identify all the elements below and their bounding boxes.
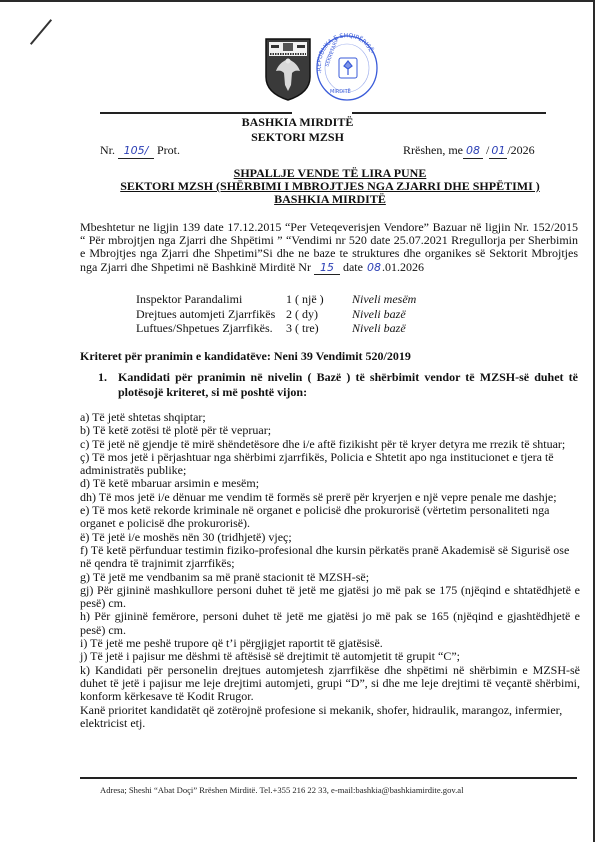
date-month-field: 01	[489, 143, 507, 159]
decision-number-field: 15	[314, 261, 340, 275]
criteria-heading: Kriteret për pranimin e kandidatëve: Nen…	[80, 349, 411, 364]
svg-text:MIRDITË: MIRDITË	[330, 88, 351, 95]
decision-number: 15	[320, 261, 334, 274]
requirement-item: f) Të ketë përfunduar testimin fiziko-pr…	[80, 544, 580, 571]
requirement-item: h) Për gjininë femërore, personi duhet t…	[80, 610, 580, 637]
requirement-item: ç) Të mos jetë i përjashtuar nga shërbim…	[80, 451, 580, 478]
position-count: 1 ( një )	[286, 292, 352, 307]
official-stamp-icon: -REPUBLIKA E SHQIPËRISË- SEKRETARIA MIRD…	[314, 33, 380, 103]
protocol-number-field: 105/	[118, 143, 154, 159]
requirement-item: gj) Për gjininë mashkullore personi duhe…	[80, 584, 580, 611]
header-rule-left	[100, 112, 292, 114]
requirement-item: k) Kandidati për personelin drejtues aut…	[80, 664, 580, 704]
municipality-emblem-icon	[264, 37, 312, 101]
positions-list: Inspektor Parandalimi1 ( një )Niveli mes…	[136, 292, 416, 336]
date-month: 01	[491, 144, 505, 157]
position-row: Inspektor Parandalimi1 ( një )Niveli mes…	[136, 292, 416, 307]
position-title: Drejtues automjeti Zjarrfikës	[136, 307, 286, 322]
requirement-item: a) Të jetë shtetas shqiptar;	[80, 411, 580, 424]
date-day: 08	[466, 144, 480, 157]
svg-text:SEKRETARIA: SEKRETARIA	[324, 36, 340, 67]
protocol-prefix: Nr.	[100, 143, 115, 157]
position-level: Niveli bazë	[352, 307, 406, 322]
place-date-line: Rrëshen, me08 /01/2026	[403, 143, 535, 159]
position-row: Luftues/Shpetues Zjarrfikës.3 ( tre)Nive…	[136, 321, 416, 336]
footer-address: Adresa; Sheshi “Abat Doçi” Rrëshen Mirdi…	[100, 785, 463, 795]
footer-rule	[80, 777, 577, 779]
decision-date-label: date	[343, 260, 363, 274]
position-level: Niveli bazë	[352, 321, 406, 336]
scan-top-edge	[0, 0, 595, 2]
handwritten-slash-mark	[30, 19, 52, 45]
document-title: SHPALLJE VENDE TË LIRA PUNE SEKTORI MZSH…	[80, 167, 580, 206]
requirement-item: dh) Të mos jetë i/e dënuar me vendim të …	[80, 491, 580, 504]
requirement-item: g) Të jetë me vendbanim sa më pranë stac…	[80, 571, 580, 584]
position-title: Luftues/Shpetues Zjarrfikës.	[136, 321, 286, 336]
date-day-field: 08	[463, 143, 483, 159]
decision-date-rest: .01.2026	[382, 260, 424, 274]
protocol-line: Nr. 105/ Prot.	[100, 143, 180, 159]
requirement-item: c) Të jetë në gjendje të mirë shëndetëso…	[80, 438, 580, 451]
requirements-list: a) Të jetë shtetas shqiptar;b) Të ketë z…	[80, 411, 580, 730]
position-count: 2 ( dy)	[286, 307, 352, 322]
position-level: Niveli mesëm	[352, 292, 416, 307]
header-rule-right	[352, 112, 546, 114]
criteria-item-text: Kandidati për pranimin në nivelin ( Bazë…	[100, 370, 578, 400]
decision-day-field: 08	[366, 261, 382, 274]
criteria-item-1: 1. Kandidati për pranimin në nivelin ( B…	[100, 370, 578, 400]
requirement-item: i) Të jetë me peshë trupore që t’i përgj…	[80, 637, 580, 650]
position-title: Inspektor Parandalimi	[136, 292, 286, 307]
requirement-item: ë) Të jetë i/e moshës nën 30 (tridhjetë)…	[80, 531, 580, 544]
title-line-3: BASHKIA MIRDITË	[80, 193, 580, 206]
intro-paragraph: Mbeshtetur ne ligjin 139 date 17.12.2015…	[80, 221, 578, 275]
position-count: 3 ( tre)	[286, 321, 352, 336]
requirement-item: b) Të ketë zotësi të plotë për të veprua…	[80, 424, 580, 437]
requirement-item: Kanë prioritet kandidatët që zotërojnë p…	[80, 704, 580, 731]
decision-day: 08	[367, 261, 381, 274]
requirement-item: d) Të ketë mbaruar arsimin e mesëm;	[80, 477, 580, 490]
protocol-suffix: Prot.	[157, 143, 180, 157]
requirement-item: j) Të jetë i pajisur me dëshmi të aftësi…	[80, 650, 580, 663]
position-row: Drejtues automjeti Zjarrfikës2 ( dy)Nive…	[136, 307, 416, 322]
municipality-name: BASHKIA MIRDITË	[0, 115, 595, 130]
protocol-number: 105/	[124, 144, 149, 157]
requirement-item: e) Të mos ketë rekorde kriminale në orga…	[80, 504, 580, 531]
date-year: /2026	[507, 143, 534, 157]
place-date-prefix: Rrëshen, me	[403, 143, 463, 157]
criteria-item-number: 1.	[98, 370, 107, 385]
